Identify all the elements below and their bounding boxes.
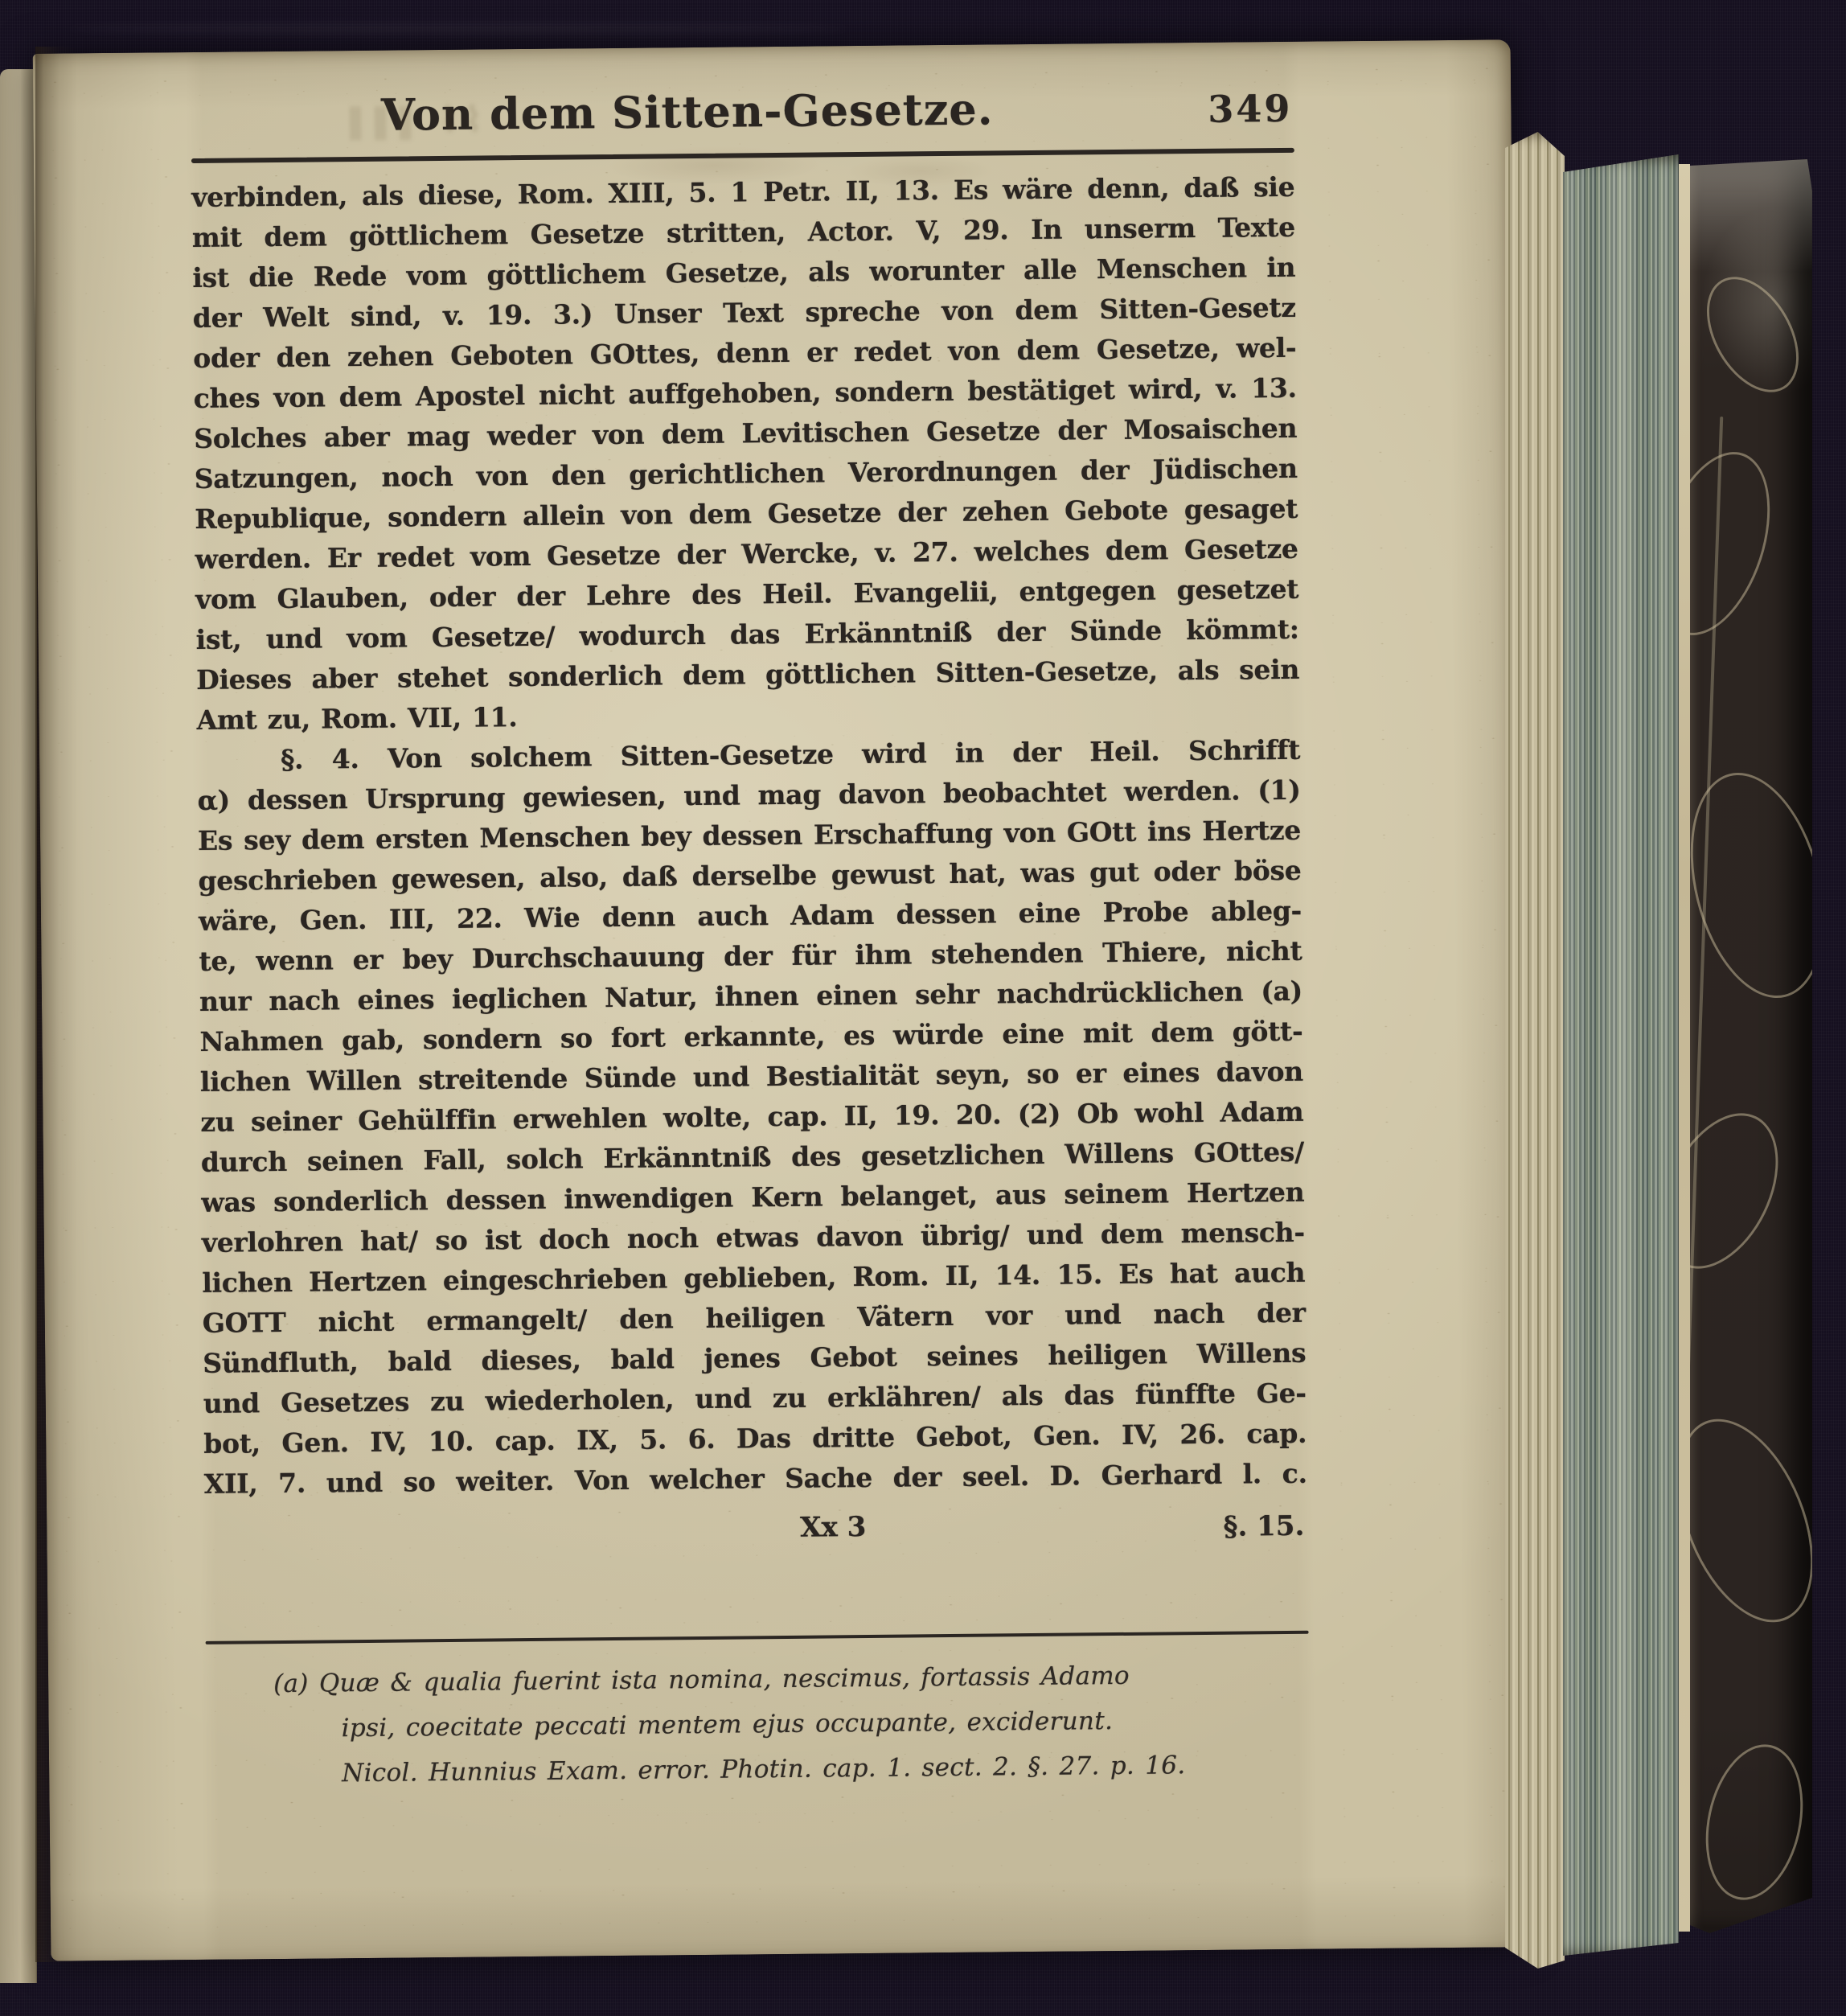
cover-inner-edge	[1679, 164, 1690, 1932]
photo-background: Von dem Sitten-Gesetze. 349 verbinden, a…	[0, 0, 1846, 2016]
show-through-smudge: ‖‖‖ ⌇⌇	[346, 96, 796, 142]
footnote-rule	[206, 1631, 1309, 1644]
fore-edge-light-stack	[1505, 132, 1565, 1969]
marbling-vein	[1690, 1094, 1802, 1287]
gathering-signature: Xx 3	[800, 1511, 867, 1544]
cover-shine	[1690, 159, 1812, 272]
fore-edge-blue-stack	[1563, 154, 1679, 1956]
page-number: 349	[1208, 87, 1293, 131]
footnote-lines: (a) Quæ & qualia fuerint ista nomina, ne…	[206, 1652, 1311, 1797]
body-lines: verbinden, als diese, Rom. XIII, 5. 1 Pe…	[191, 167, 1307, 1505]
facing-page-edge	[0, 69, 37, 1983]
gutter-shadow	[35, 47, 77, 1962]
book-page: Von dem Sitten-Gesetze. 349 verbinden, a…	[33, 39, 1529, 1961]
marbling-vein	[1690, 261, 1812, 408]
marbling-vein	[1692, 1735, 1812, 1909]
marbling-vein	[1690, 1399, 1812, 1641]
catchword: §. 15.	[1224, 1510, 1305, 1543]
cloth-fold-highlight	[64, 24, 852, 34]
marbled-cover-board	[1690, 159, 1812, 1933]
text-block: Von dem Sitten-Gesetze. 349 verbinden, a…	[191, 77, 1311, 1937]
signature-row: Xx 3 §. 15.	[204, 1507, 1307, 1562]
marbling-vein	[1690, 437, 1791, 649]
text-line: Nicol. Hunnius Exam. error. Photin. cap.…	[207, 1742, 1310, 1797]
